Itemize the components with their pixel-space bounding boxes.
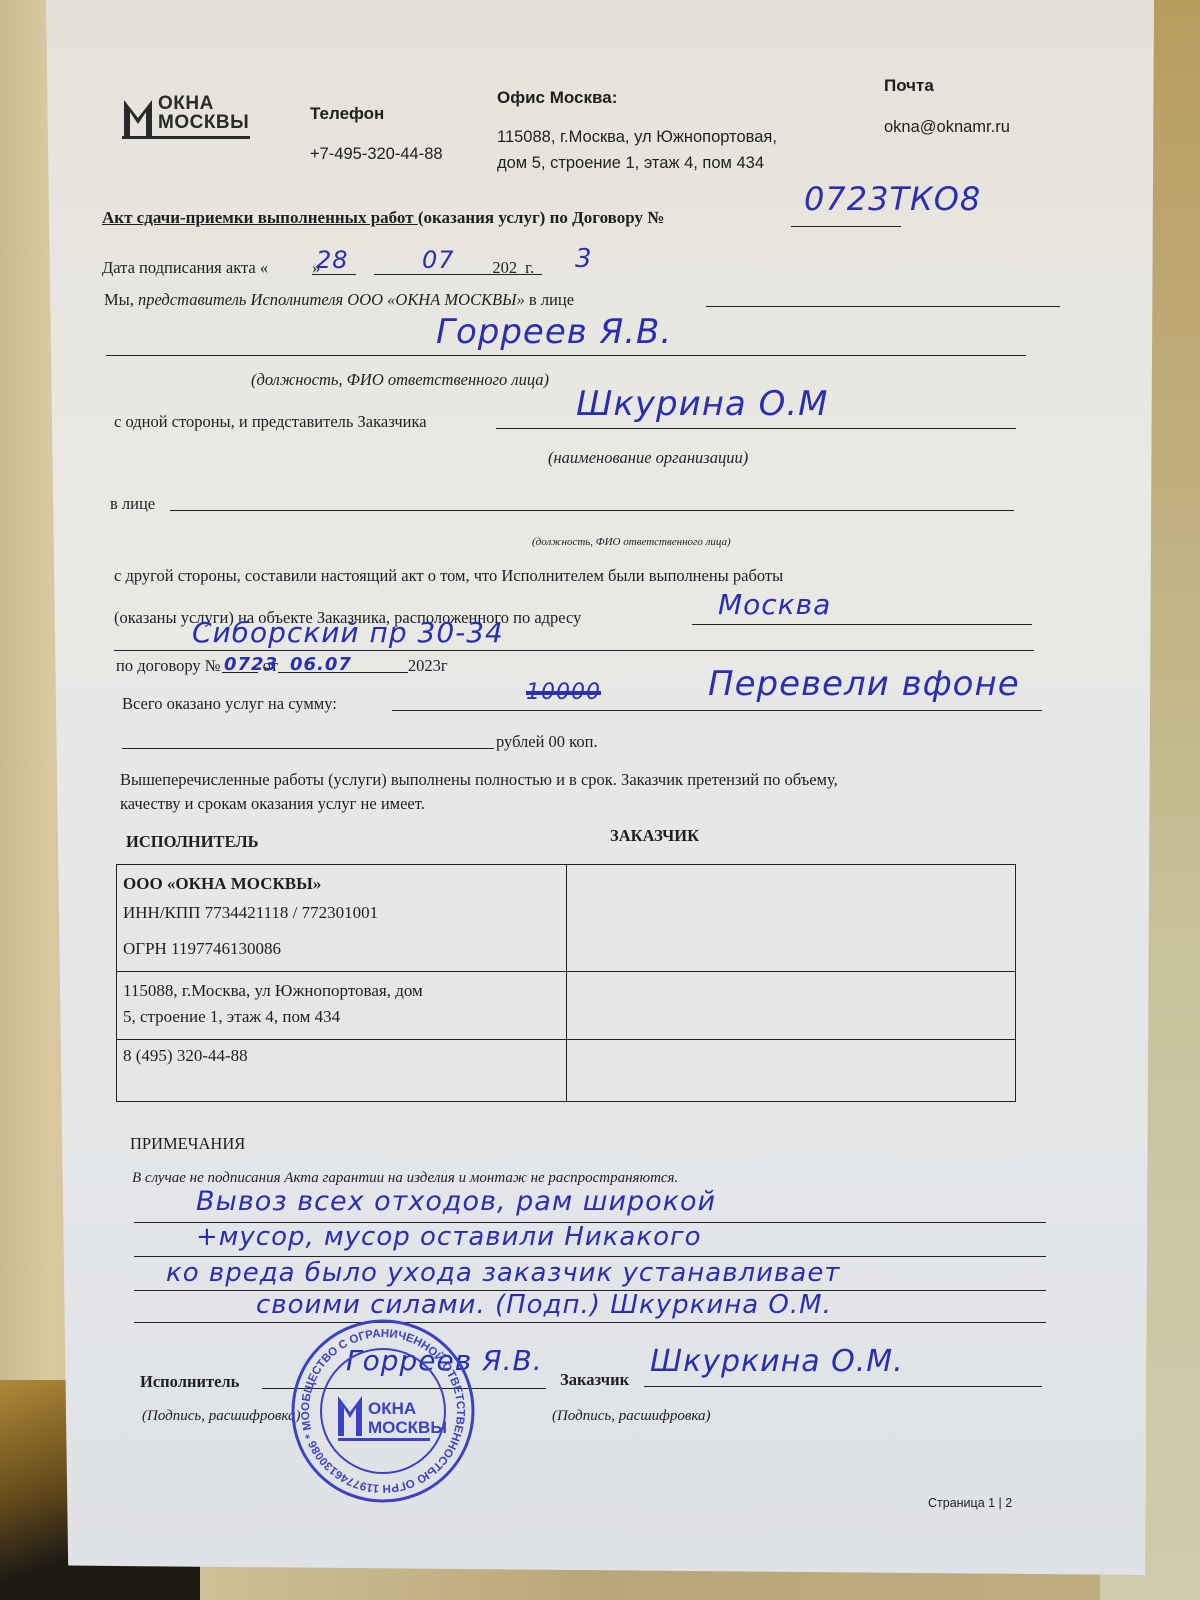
executor-signature-label: Исполнитель [140,1372,239,1392]
requisites-table: ООО «ОКНА МОСКВЫ» ИНН/КПП 7734421118 / 7… [116,864,1016,1102]
in-person-label: в лице [110,494,155,514]
notes-disclaimer: В случае не подписания Акта гарантии на … [132,1170,678,1187]
company-stamp-icon: ОБЩЕСТВО С ОГРАНИЧЕННОЙ ОТВЕТСТВЕННОСТЬЮ… [288,1318,478,1504]
customer-name-field[interactable]: Шкурина О.М [576,384,828,424]
address-field-line2[interactable]: Сиборский пр 30-34 [192,616,504,649]
customer-signature-label: Заказчик [560,1370,629,1390]
in-person-caption: (должность, ФИО ответственного лица) [532,536,731,548]
executor-name-field[interactable]: Горреев Я.В. [436,312,672,352]
email-value[interactable]: okna@oknamr.ru [884,114,1010,140]
executor-intro: Мы, представитель Исполнителя ООО «ОКНА … [104,290,574,310]
page-number: Страница 1 | 2 [928,1496,1012,1510]
customer-phone-cell[interactable] [566,1040,1016,1102]
contract-ref-date-field[interactable]: 06.07 [290,654,352,675]
customer-label: с одной стороны, и представитель Заказчи… [114,412,427,432]
rubles-text: рублей 00 коп. [496,732,598,752]
table-row: 115088, г.Москва, ул Южнопортовая, дом 5… [117,972,1016,1040]
notes-heading: ПРИМЕЧАНИЯ [130,1134,245,1154]
office-label: Офис Москва: [497,88,617,108]
date-year-field[interactable]: 3 [575,244,593,274]
svg-text:МОСКВЫ: МОСКВЫ [368,1418,447,1437]
svg-text:ОКНА: ОКНА [368,1399,416,1418]
executor-caption: (должность, ФИО ответственного лица) [251,370,549,390]
phone-value: +7-495-320-44-88 [310,141,443,167]
executor-company-cell: ООО «ОКНА МОСКВЫ» ИНН/КПП 7734421118 / 7… [117,865,567,972]
customer-signature-field[interactable]: Шкуркина О.М. [650,1344,904,1379]
customer-caption: (наименование организации) [548,448,748,468]
notes-line-4[interactable]: своими силами. (Подп.) Шкуркина О.М. [256,1290,832,1320]
table-row: 8 (495) 320-44-88 [117,1040,1016,1102]
executor-signature-caption: (Подпись, расшифровка) [142,1408,300,1425]
date-month-field[interactable]: 07 [422,246,455,274]
phone-label: Телефон [310,104,384,124]
sum-label: Всего оказано услуг на сумму: [122,694,337,714]
executor-heading: ИСПОЛНИТЕЛЬ [126,832,259,852]
contract-number-field[interactable]: 0723ТКО8 [804,180,981,218]
notes-line-3[interactable]: ко вреда было ухода заказчик устанавлива… [166,1258,840,1288]
table-row: ООО «ОКНА МОСКВЫ» ИНН/КПП 7734421118 / 7… [117,865,1016,972]
sum-field[interactable]: Перевели вфоне [708,664,1020,704]
other-side-text: с другой стороны, составили настоящий ак… [114,566,783,586]
company-logo: ОКНА МОСКВЫ [122,92,257,142]
customer-heading: ЗАКАЗЧИК [610,826,699,846]
notes-line-1[interactable]: Вывоз всех отходов, рам широкой [196,1186,716,1217]
email-label: Почта [884,76,934,96]
date-day-field[interactable]: 28 [316,246,349,274]
office-address: 115088, г.Москва, ул Южнопортовая, дом 5… [497,124,777,176]
contract-ref-number-field[interactable]: 0723 [224,654,278,675]
okna-moskvy-logo-icon [122,96,154,136]
document-page: ОКНА МОСКВЫ Телефон +7-495-320-44-88 Офи… [46,0,1154,1575]
sum-crossed-out: 10000 [526,680,601,705]
customer-address-cell[interactable] [566,972,1016,1040]
customer-signature-caption: (Подпись, расшифровка) [552,1408,710,1425]
executor-address-cell: 115088, г.Москва, ул Южнопортовая, дом 5… [117,972,567,1040]
customer-company-cell[interactable] [566,865,1016,972]
completion-statement: Вышеперечисленные работы (услуги) выполн… [120,768,838,816]
contract-ref-row: по договору № от2023г [116,656,448,676]
logo-text: ОКНА МОСКВЫ [158,94,249,132]
address-field-line1[interactable]: Москва [718,588,831,621]
act-title: Акт сдачи-приемки выполненных работ (ока… [102,208,664,228]
notes-line-2[interactable]: +мусор, мусор оставили Никакого [196,1222,702,1252]
executor-phone-cell: 8 (495) 320-44-88 [117,1040,567,1102]
